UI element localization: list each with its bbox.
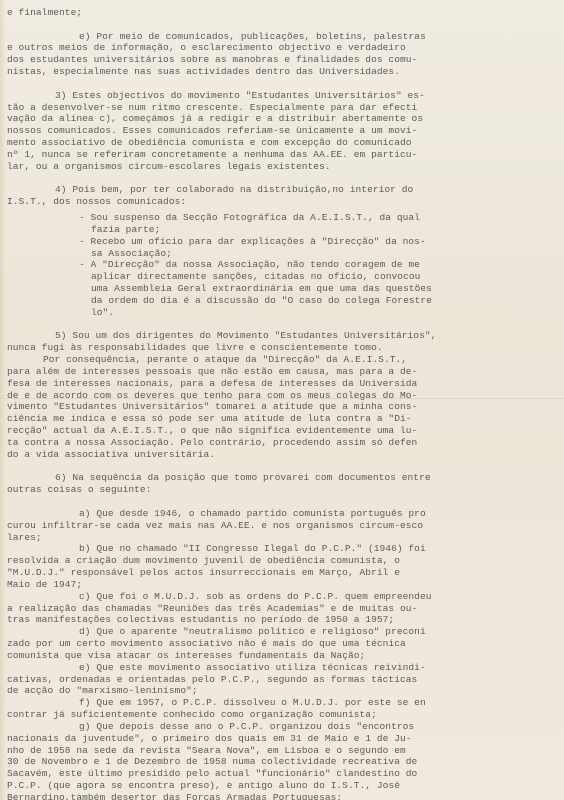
typewritten-page: e finalmente;e) Por meio de comunicados,…: [0, 0, 564, 800]
text-line: Sacavém, este último presidido pelo actu…: [7, 768, 417, 780]
text-line: I.S.T., dos nossos comunicados:: [7, 196, 186, 208]
text-line: 3) Estes objectivos do movimento "Estuda…: [55, 90, 425, 102]
text-line: P.C.P. (que agora se encontra preso), e …: [7, 780, 400, 792]
text-line: fesa de interesses nacionais, para a def…: [7, 378, 417, 390]
text-line: - Recebo um ofício para dar explicações …: [79, 236, 426, 248]
text-line: lares;: [7, 532, 42, 544]
text-line: comunista que visa atacar os interesses …: [7, 650, 365, 662]
text-line: nunca fugi às responsabilidades que livr…: [7, 342, 383, 354]
text-line: uma Assembleia Geral extraordinária em q…: [91, 283, 432, 295]
text-line: Por consequência, perante o ataque da "D…: [43, 354, 407, 366]
text-line: a) Que desde 1946, o chamado partido com…: [79, 508, 426, 520]
text-line: dos estudantes universitários sobre as m…: [7, 54, 417, 66]
text-line: tras manifestações colectivas estudantis…: [7, 614, 394, 626]
text-line: e outros meios de informação, o esclarec…: [7, 42, 406, 54]
text-line: - A "Direcção" da nossa Associação, não …: [79, 259, 420, 271]
text-line: nº 1, nunca se referiram concretamente a…: [7, 149, 417, 161]
text-line: nacionais da juventude", o primeiro dos …: [7, 733, 412, 745]
text-line: lar, ou a organismos circum-escolares le…: [7, 161, 331, 173]
text-line: outras coisas o seguinte:: [7, 484, 151, 496]
text-line: 30 de Novembro e 1 de Dezembro de 1958 n…: [7, 756, 417, 768]
text-line: de acção do "marxismo-leninismo";: [7, 685, 198, 697]
text-line: aplicar directamente sanções, citadas no…: [91, 271, 420, 283]
text-line: 6) Na sequência da posição que tomo prov…: [55, 472, 431, 484]
text-line: vimento "Estudantes Universitários" toma…: [7, 401, 417, 413]
text-line: da ordem do dia é a discussão do "O caso…: [91, 295, 432, 307]
text-line: mento associativo de obediência comunist…: [7, 137, 412, 149]
text-line: c) Que foi o M.U.D.J. sob as ordens do P…: [79, 591, 432, 603]
text-line: g) Que depois desse ano o P.C.P. organiz…: [79, 721, 414, 733]
text-line: curou infiltrar-se cada vez mais nas AA.…: [7, 520, 423, 532]
text-line: ta contra a nossa Associação. Pelo contr…: [7, 437, 417, 449]
text-line: lo".: [91, 307, 114, 319]
text-line: 4) Pois bem, por ter colaborado na distr…: [55, 184, 413, 196]
text-line: do a vida associativa universitária.: [7, 449, 215, 461]
text-line: ciência me indica e essa só pode ser uma…: [7, 413, 412, 425]
paper-edge-shadow: [0, 0, 6, 800]
text-line: e finalmente;: [7, 7, 82, 19]
text-line: e) Que este movimento associativo utiliz…: [79, 662, 426, 674]
text-line: Bernardino,também desertor das Forças Ar…: [7, 792, 342, 800]
text-line: b) Que no chamado "II Congresso Ilegal d…: [79, 543, 426, 555]
text-line: - Sou suspenso da Secção Fotográfica da …: [79, 212, 420, 224]
text-line: zado por um certo movimento associativo …: [7, 638, 406, 650]
text-line: contrar já suficientemente conhecido com…: [7, 709, 377, 721]
text-line: resolvida a criação dum movimento juveni…: [7, 555, 400, 567]
text-line: f) Que em 1957, o P.C.P. dissolveu o M.U…: [79, 697, 426, 709]
text-line: nistas, especialmente nas suas actividad…: [7, 66, 400, 78]
text-line: vação da alínea c), começámos já a redig…: [7, 113, 423, 125]
text-line: 5) Sou um dos dirigentes do Movimento "E…: [55, 330, 436, 342]
text-line: recção" actual da A.E.I.S.T., o que não …: [7, 425, 417, 437]
text-line: para além de interesses pessoais que não…: [7, 366, 417, 378]
text-line: fazia parte;: [91, 224, 160, 236]
text-line: nossos comunicados. Esses comunicados re…: [7, 125, 417, 137]
text-line: d) Que o aparente "neutralismo político …: [79, 626, 426, 638]
text-line: "M.U.D.J." responsável pelos actos insur…: [7, 567, 400, 579]
text-line: Maio de 1947;: [7, 579, 82, 591]
